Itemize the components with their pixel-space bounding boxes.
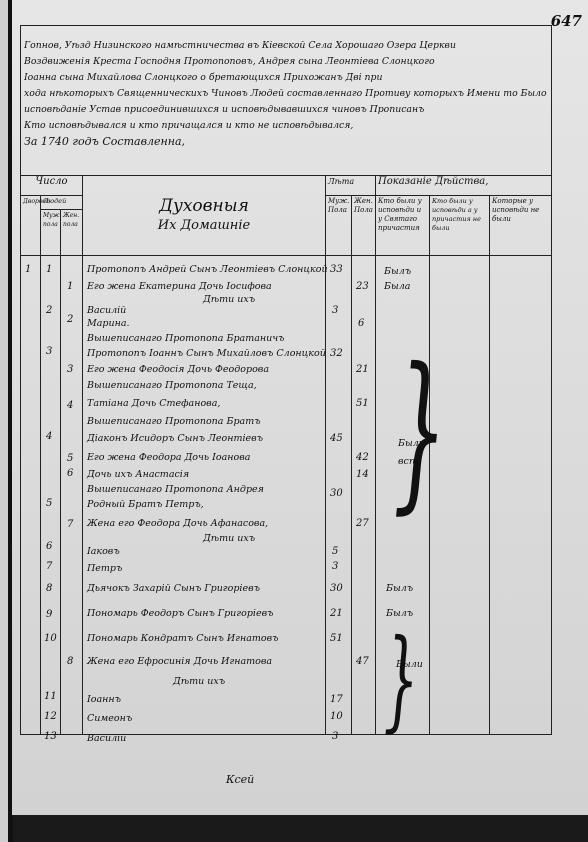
female-number: 5 <box>67 453 73 464</box>
status-entry: Былъ <box>386 583 413 594</box>
age-male: 45 <box>330 433 343 444</box>
column-age-female: 23 6 21 51 42 14 27 47 <box>352 256 376 735</box>
name-entry: Протопопъ Андрей Сынъ Леонтіевъ Слонцкой <box>87 264 328 275</box>
male-number: 1 <box>46 264 52 275</box>
header-people: Людей <box>41 196 83 210</box>
name-entry: Симеонъ <box>87 713 132 724</box>
male-number: 8 <box>46 583 52 594</box>
header-number: Число <box>21 176 83 196</box>
header-names-subtitle: Их Домашніе <box>83 216 325 236</box>
header-conf-col2: Кто были у исповѣди а у причастия не был… <box>430 196 490 256</box>
female-number: 3 <box>67 364 73 375</box>
male-number: 11 <box>44 691 57 702</box>
name-entry: Родный Братъ Петръ, <box>87 499 204 510</box>
name-entry: Татіана Дочь Стефанова, <box>87 398 220 409</box>
name-entry: Василій <box>87 305 126 316</box>
female-number: 1 <box>67 281 73 292</box>
name-entry: Марина. <box>87 318 130 329</box>
age-male: 33 <box>330 264 343 275</box>
age-male: 10 <box>330 711 343 722</box>
male-number: 13 <box>44 731 57 742</box>
name-entry: Жена его Ефросинія Дочь Игнатова <box>87 656 272 667</box>
column-age-male: 33 3 32 45 30 5 3 30 21 51 17 10 3 <box>326 256 352 735</box>
intro-line: Воздвиженія Креста Господня Протопоповъ,… <box>24 54 549 70</box>
header-names-title: Духовныя <box>83 196 325 216</box>
age-female: 21 <box>356 364 369 375</box>
age-male: 30 <box>330 583 343 594</box>
header-confession: Показаніе Дѣйства, <box>376 176 552 196</box>
age-female: 42 <box>356 452 369 463</box>
name-entry: Его жена Феодосія Дочь Феодорова <box>87 364 269 375</box>
name-entry: Дочь ихъ Анастасія <box>87 469 189 480</box>
column-names: Протопопъ Андрей Сынъ Леонтіевъ Слонцкой… <box>83 256 326 735</box>
name-entry: Вышеписанаго Протопопа Андрея <box>87 484 264 495</box>
household-number: 1 <box>25 264 31 275</box>
status-entry: всѣ <box>398 456 417 467</box>
bracket-icon: } <box>384 624 419 734</box>
age-male: 3 <box>332 305 338 316</box>
name-entry: Вышеписанаго Протопопа Братъ <box>87 416 261 427</box>
name-entry: Дѣти ихъ <box>173 676 225 687</box>
intro-line: исповѣданіе Устав присоединившихся и исп… <box>24 102 549 118</box>
header-male: Муж. пола <box>41 210 61 256</box>
name-entry: Дьячокъ Захарій Сынъ Григоріевъ <box>87 583 260 594</box>
status-entry: Были <box>398 438 425 449</box>
male-number: 3 <box>46 346 52 357</box>
status-entry: Былъ <box>384 266 411 277</box>
male-number: 4 <box>46 431 52 442</box>
name-entry: Дѣти ихъ <box>203 294 255 305</box>
female-number: 6 <box>67 468 73 479</box>
name-entry: Жена его Феодора Дочь Афанасова, <box>87 518 268 529</box>
male-number: 10 <box>44 633 57 644</box>
age-female: 6 <box>358 318 364 329</box>
age-male: 32 <box>330 348 343 359</box>
column-female-number: 1 2 3 4 5 6 7 8 <box>61 256 83 735</box>
male-number: 12 <box>44 711 57 722</box>
male-number: 2 <box>46 305 52 316</box>
column-male-number: 1 2 3 4 5 6 7 8 9 10 11 12 13 <box>41 256 61 735</box>
intro-line: хода нѣкоторыхъ Священническихъ Чиновъ Л… <box>24 86 549 102</box>
age-male: 30 <box>330 488 343 499</box>
name-entry: Пономарь Феодоръ Сынъ Григоріевъ <box>87 608 273 619</box>
name-entry: Василій <box>87 733 126 744</box>
name-entry: Діаконъ Исидоръ Сынъ Леонтіевъ <box>87 433 263 444</box>
age-female: 23 <box>356 281 369 292</box>
column-not-confessed <box>490 256 552 735</box>
female-number: 2 <box>67 314 73 325</box>
name-entry: Его жена Екатерина Дочь Іосифова <box>87 281 272 292</box>
status-entry: Была <box>384 281 410 292</box>
male-number: 6 <box>46 541 52 552</box>
header-conf-col1: Кто были у исповѣди и у Святаго причасти… <box>376 196 430 256</box>
header-age-male: Муж. Пола <box>326 196 352 256</box>
intro-line: Іоанна сына Михайлова Слонцкого о бретаю… <box>24 70 549 86</box>
female-number: 7 <box>67 519 73 530</box>
male-number: 7 <box>46 561 52 572</box>
age-male: 5 <box>332 546 338 557</box>
column-confessed-not-communed <box>430 256 490 735</box>
male-number: 5 <box>46 498 52 509</box>
register-table: Число Духовныя Их Домашніе Лѣта Показані… <box>20 175 552 735</box>
female-number: 8 <box>67 656 73 667</box>
footer-mark: Ксей <box>226 773 254 786</box>
name-entry: Протопопъ Іоаннъ Сынъ Михайловъ Слонцкой <box>87 348 326 359</box>
name-entry: Пономарь Кондратъ Сынъ Игнатовъ <box>87 633 278 644</box>
column-household: 1 <box>21 256 41 735</box>
intro-year-line: За 1740 годъ Составленна, <box>24 134 549 150</box>
column-confessed-communed: Былъ Была } Были всѣ Былъ Былъ } Были <box>376 256 430 735</box>
status-entry: Были <box>396 659 423 670</box>
name-entry: Іоаннъ <box>87 694 121 705</box>
age-female: 14 <box>356 469 369 480</box>
header-conf-col3: Которые у исповѣди не были <box>490 196 552 256</box>
header-age-female: Жен. Пола <box>352 196 376 256</box>
female-number: 4 <box>67 400 73 411</box>
name-entry: Дѣти ихъ <box>203 533 255 544</box>
header-age: Лѣта <box>326 176 376 196</box>
header-female: Жен. пола <box>61 210 83 256</box>
name-entry: Вышеписанаго Протопопа Братаничъ <box>87 333 285 344</box>
name-entry: Петръ <box>87 563 122 574</box>
age-male: 3 <box>332 731 338 742</box>
name-entry: Іаковъ <box>87 546 120 557</box>
name-entry: Вышеписанаго Протопопа Теща, <box>87 380 257 391</box>
header-household: Дворовъ <box>21 196 41 256</box>
age-female: 51 <box>356 398 369 409</box>
male-number: 9 <box>46 609 52 620</box>
age-male: 3 <box>332 561 338 572</box>
name-entry: Его жена Феодора Дочь Іоанова <box>87 452 250 463</box>
intro-text: Гопнов, Уѣзд Низинского намѣстничества в… <box>24 38 549 150</box>
age-female: 27 <box>356 518 369 529</box>
age-female: 47 <box>356 656 369 667</box>
age-male: 21 <box>330 608 343 619</box>
age-male: 17 <box>330 694 343 705</box>
intro-line: Кто исповѣдывался и кто причащался и кто… <box>24 118 549 134</box>
header-names: Духовныя Их Домашніе <box>83 176 326 256</box>
page-number: 647 <box>551 12 582 30</box>
age-male: 51 <box>330 633 343 644</box>
intro-line: Гопнов, Уѣзд Низинского намѣстничества в… <box>24 38 549 54</box>
